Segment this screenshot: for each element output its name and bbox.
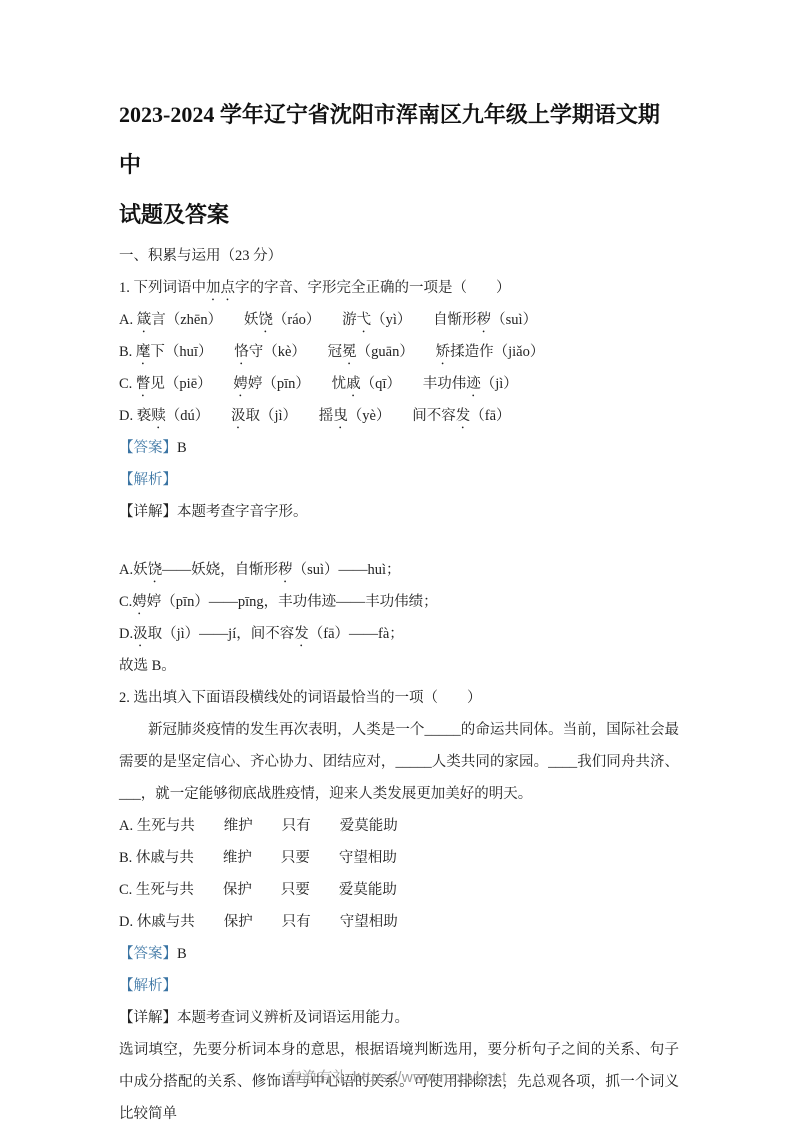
text-segment: （qī） xyxy=(361,376,423,392)
text-segment: （fā） xyxy=(470,408,510,424)
q2-answer-label: 【答案】 xyxy=(119,946,177,962)
dotted-character: 汲 xyxy=(231,408,246,424)
text-segment: A.妖 xyxy=(119,562,148,578)
text-segment: 守（kè） xyxy=(249,344,328,360)
dotted-character: 发 xyxy=(456,408,471,424)
text-segment: （ráo） xyxy=(273,312,342,328)
text-segment: D. xyxy=(119,408,137,424)
watermark-footer: 有渔有礼 https://www.nzxwl.net xyxy=(0,1066,793,1087)
dotted-character: 饶 xyxy=(148,562,163,578)
dotted-character: 矫 xyxy=(436,344,451,360)
q1-option-d: D. 亵赎（dú） 汲取（jì） 摇曳（yè） 间不容发（fā） xyxy=(119,400,679,432)
title-line-2: 试题及答案 xyxy=(119,190,679,240)
dotted-character: 曳 xyxy=(333,408,348,424)
document-title: 2023-2024 学年辽宁省沈阳市浑南区九年级上学期语文期中 试题及答案 xyxy=(119,90,679,240)
dotted-character: 迹 xyxy=(466,376,481,392)
q1-option-c: C. 瞥见（piē） 娉婷（pīn） 忧戚（qī） 丰功伟迹（jì） xyxy=(119,368,679,400)
dotted-character: 娉 xyxy=(132,594,147,610)
text-segment: （jì） xyxy=(481,376,518,392)
q1-analysis-label: 【解析】 xyxy=(119,464,679,496)
q2-passage: 新冠肺炎疫情的发生再次表明，人类是一个_____的命运共同体。当前，国际社会最需… xyxy=(119,714,679,810)
q1-analysis-line-c: C.娉婷（pīn）——pīng，丰功伟迹——丰功伟绩； xyxy=(119,586,679,618)
q2-stem: 2. 选出填入下面语段横线处的词语最恰当的一项（ ） xyxy=(119,682,679,714)
text-segment: C. xyxy=(119,376,136,392)
dotted-character: 娉 xyxy=(233,376,248,392)
q1-stem: 1. 下列词语中加点字的字音、字形完全正确的一项是（ ） xyxy=(119,272,679,304)
text-segment: 摇 xyxy=(319,408,334,424)
q2-answer-value: B xyxy=(177,946,187,962)
q1-analysis-line-d: D.汲取（jì）——jí，间不容发（fā）——fà； xyxy=(119,618,679,650)
text-segment: 亵 xyxy=(137,408,152,424)
text-segment: 婷（pīn）——pīng，丰功伟迹——丰功伟绩； xyxy=(147,594,438,610)
q1-analysis-line-a: A.妖饶——妖娆，自惭形秽（suì）——huì； xyxy=(119,554,679,586)
dotted-character: 冕 xyxy=(342,344,357,360)
dotted-character: 秽 xyxy=(477,312,492,328)
text-segment: （dú） xyxy=(166,408,231,424)
text-segment: 冠 xyxy=(328,344,343,360)
text-segment: 自惭形 xyxy=(433,312,477,328)
dotted-character: 汲 xyxy=(133,626,148,642)
text-segment: 见（piē） xyxy=(150,376,233,392)
text-segment: 取（jì）——jí，间不容 xyxy=(148,626,295,642)
text-segment: （fā）——fà； xyxy=(309,626,404,642)
q2-option-b: B. 休戚与共 维护 只要 守望相助 xyxy=(119,842,679,874)
q1-answer-value: B xyxy=(177,440,187,456)
text-segment: A. xyxy=(119,312,137,328)
text-segment: 丰功伟 xyxy=(423,376,467,392)
q2-analysis-label: 【解析】 xyxy=(119,970,679,1002)
text-segment: （yè） xyxy=(348,408,412,424)
text-segment: 游 xyxy=(342,312,357,328)
q1-option-a: A. 箴言（zhēn） 妖饶（ráo） 游弋（yì） 自惭形秽（suì） xyxy=(119,304,679,336)
q2-option-a: A. 生死与共 维护 只有 爱莫能助 xyxy=(119,810,679,842)
dotted-character: 箴 xyxy=(137,312,152,328)
text-segment: 字的字音、字形完全正确的一项是（ ） xyxy=(235,280,511,296)
q1-answer-line: 【答案】B xyxy=(119,432,679,464)
q1-answer-label: 【答案】 xyxy=(119,440,177,456)
dotted-character: 发 xyxy=(294,626,309,642)
text-segment: （guān） xyxy=(357,344,436,360)
text-segment: （suì）——huì； xyxy=(293,562,401,578)
text-segment: 揉造作（jiǎo） xyxy=(450,344,544,360)
document-page: 2023-2024 学年辽宁省沈阳市浑南区九年级上学期语文期中 试题及答案 一、… xyxy=(0,0,793,1122)
dotted-character: 秽 xyxy=(278,562,293,578)
text-segment: B. xyxy=(119,344,136,360)
text-segment: 妖 xyxy=(244,312,259,328)
dotted-character: 赎 xyxy=(151,408,166,424)
dotted-character: 弋 xyxy=(357,312,372,328)
text-segment: 1. 下列词语中 xyxy=(119,280,206,296)
dotted-character: 戚 xyxy=(346,376,361,392)
q2-option-c: C. 生死与共 保护 只要 爱莫能助 xyxy=(119,874,679,906)
spacer xyxy=(119,528,679,554)
text-segment: 下（huī） xyxy=(150,344,234,360)
text-segment: ——妖娆，自惭形 xyxy=(162,562,278,578)
dotted-character: 麾 xyxy=(136,344,151,360)
dotted-character: 瞥 xyxy=(136,376,151,392)
text-segment: 忧 xyxy=(332,376,347,392)
document-content: 2023-2024 学年辽宁省沈阳市浑南区九年级上学期语文期中 试题及答案 一、… xyxy=(0,0,793,1122)
dotted-character: 加 xyxy=(206,280,221,296)
text-segment: 取（jì） xyxy=(245,408,318,424)
section-heading: 一、积累与运用（23 分） xyxy=(119,240,679,272)
q2-option-d: D. 休戚与共 保护 只有 守望相助 xyxy=(119,906,679,938)
text-segment: 言（zhēn） xyxy=(151,312,244,328)
q1-detail: 【详解】本题考查字音字形。 xyxy=(119,496,679,528)
text-segment: D. xyxy=(119,626,133,642)
q2-answer-line: 【答案】B xyxy=(119,938,679,970)
q1-conclusion: 故选 B。 xyxy=(119,650,679,682)
title-line-1: 2023-2024 学年辽宁省沈阳市浑南区九年级上学期语文期中 xyxy=(119,90,679,190)
text-segment: （yì） xyxy=(371,312,433,328)
text-segment: 婷（pīn） xyxy=(248,376,332,392)
dotted-character: 恪 xyxy=(234,344,249,360)
text-segment: （suì） xyxy=(491,312,537,328)
dotted-character: 点 xyxy=(221,280,236,296)
dotted-character: 饶 xyxy=(258,312,273,328)
q1-option-b: B. 麾下（huī） 恪守（kè） 冠冕（guān） 矫揉造作（jiǎo） xyxy=(119,336,679,368)
q2-detail: 【详解】本题考查词义辨析及词语运用能力。 xyxy=(119,1002,679,1034)
text-segment: C. xyxy=(119,594,132,610)
text-segment: 间不容 xyxy=(412,408,456,424)
